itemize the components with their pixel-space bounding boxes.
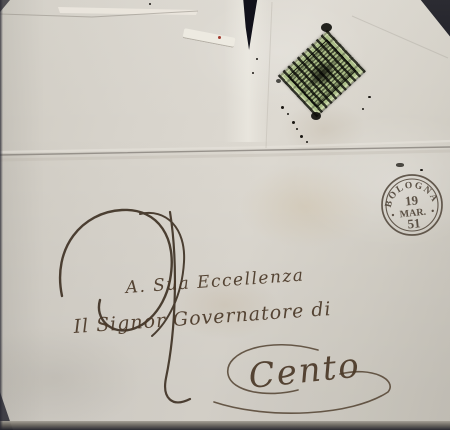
handwritten-address: A. Sua Eccellenza Il Signor Governatore …: [0, 0, 450, 430]
address-line3-destination: Cento: [247, 345, 363, 397]
cover-photo: BOLOGNA 19 MAR. 51 A. Sua Eccellenza Il …: [0, 0, 450, 430]
address-line1: A. Sua Eccellenza: [123, 266, 305, 299]
address-line2: Il Signor Governatore di: [72, 298, 333, 338]
